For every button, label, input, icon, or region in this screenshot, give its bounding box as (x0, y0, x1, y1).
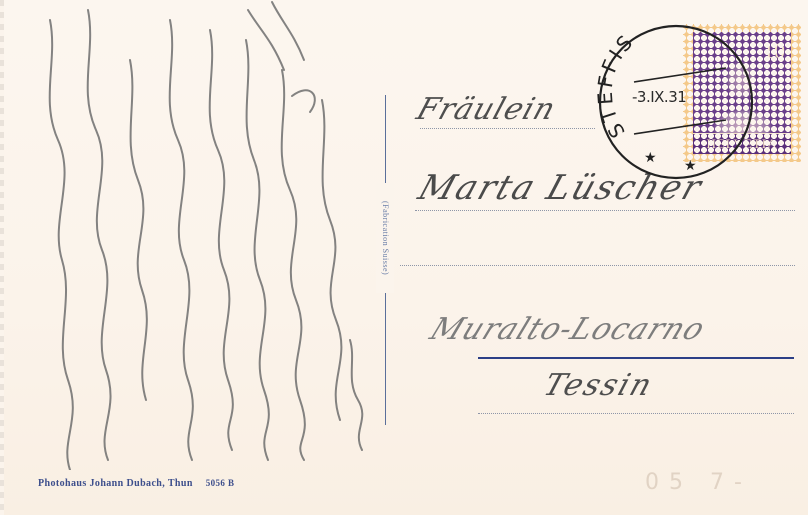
perforated-edge (0, 0, 4, 515)
stamp-design: 10 HELVETIA (693, 32, 791, 154)
address-underline (478, 357, 794, 359)
message-area (10, 0, 390, 470)
address-name: Marta Lüscher (414, 168, 708, 208)
pencil-annotation: 05 7- (645, 470, 752, 495)
publisher-imprint: Photohaus Johann Dubach, Thun 5056 B (38, 478, 234, 489)
publisher-name: Photohaus Johann Dubach, Thun (38, 478, 193, 489)
postmark-town: STEFFIS (596, 28, 639, 142)
publisher-code: 5056 B (206, 478, 235, 488)
stamp-value: 10 (763, 38, 785, 64)
address-salutation: Fräulein (412, 92, 560, 127)
handwritten-message-strokes (10, 0, 390, 470)
address-line-4 (478, 413, 794, 414)
svg-text:STEFFIS: STEFFIS (596, 28, 639, 142)
address-town: Muralto-Locarno (425, 312, 711, 347)
fabrication-label: (Fabrication Suisse) (376, 183, 394, 293)
address-canton: Tessin (539, 368, 658, 403)
postmark-date: -3.IX.31 (632, 88, 686, 106)
address-line-1 (420, 128, 595, 129)
postage-stamp: 10 HELVETIA (683, 24, 801, 162)
postmark-star-icon: ★ (644, 150, 657, 166)
address-line-3 (400, 265, 795, 266)
stamp-country: HELVETIA (693, 133, 791, 154)
address-line-2 (415, 210, 795, 211)
postcard-back: (Fabrication Suisse) Photohaus Johann Du… (0, 0, 808, 515)
